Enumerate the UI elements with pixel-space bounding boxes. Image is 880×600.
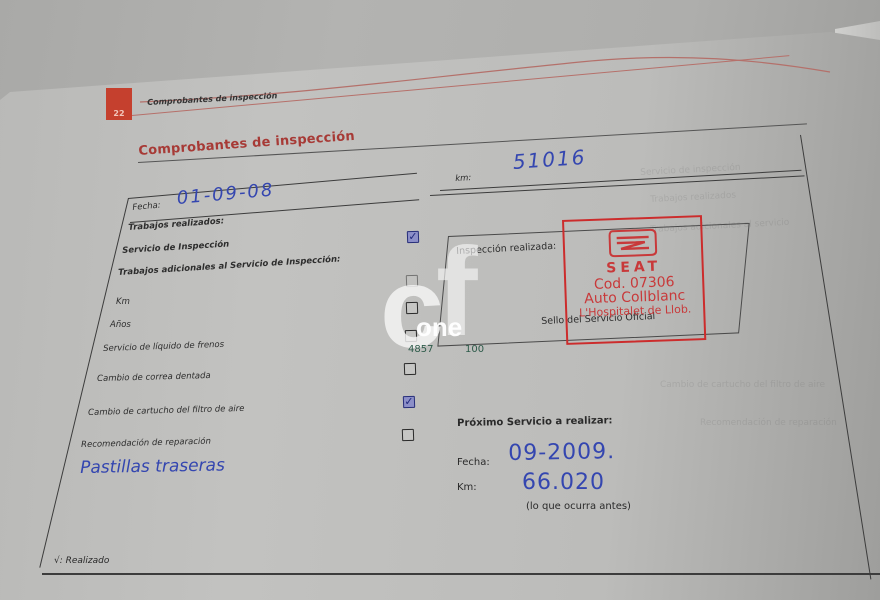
checkbox-km[interactable] [406, 302, 418, 314]
page-number: 22 [106, 88, 132, 120]
checkmark-icon: ✓ [404, 397, 414, 407]
item-label-km: Km [116, 297, 130, 307]
recommendation-value: Pastillas traseras [80, 455, 225, 478]
km-label: km: [455, 173, 472, 184]
legend-realizado: √: Realizado [54, 556, 109, 566]
checkbox-liquido-frenos[interactable] [404, 363, 416, 375]
checkmark-icon: ✓ [408, 232, 418, 242]
next-km-label: Km: [457, 482, 477, 493]
next-service-note: (lo que ocurra antes) [526, 501, 631, 512]
frame-bottom [42, 573, 880, 575]
bleed-through-text: Cambio de cartucho del filtro de aire [660, 380, 825, 390]
dealer-stamp: SEAT Cod. 07306 Auto Collblanc L'Hospita… [562, 215, 706, 345]
checkbox-trabajos-adicionales[interactable] [406, 275, 418, 287]
checkbox-anos[interactable] [405, 330, 417, 342]
bleed-through-text: Recomendación de reparación [700, 418, 837, 428]
checkbox-servicio-inspeccion[interactable]: ✓ [407, 231, 419, 243]
next-km-value: 66.020 [522, 470, 605, 495]
item-label-anos: Años [110, 320, 131, 330]
checkbox-recomendacion[interactable] [402, 429, 414, 441]
photo-of-service-booklet: Servicio de inspección Trabajos realizad… [0, 0, 880, 600]
next-fecha-value: 09-2009. [508, 439, 615, 466]
seat-logo-icon [606, 227, 659, 259]
checkbox-filtro-aire[interactable]: ✓ [403, 396, 415, 408]
next-fecha-label: Fecha: [457, 457, 490, 468]
km-value: 51016 [512, 145, 587, 174]
